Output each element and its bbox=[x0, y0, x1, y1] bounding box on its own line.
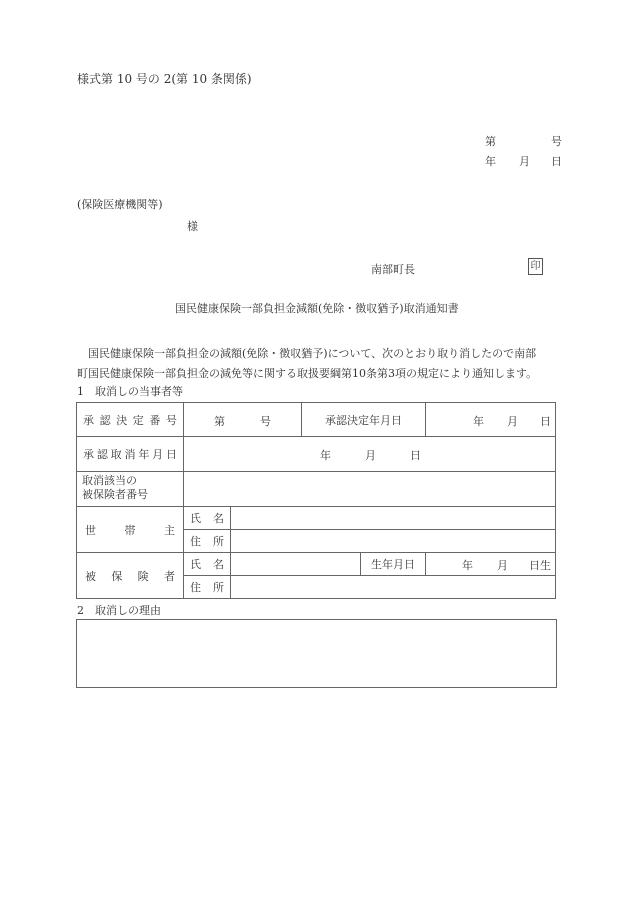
label-char: 認 bbox=[100, 412, 111, 428]
cancel-date-year: 年 bbox=[320, 447, 331, 463]
householder-label: 世 帯 主 bbox=[77, 507, 183, 552]
label-char: 住 bbox=[190, 533, 201, 549]
insured-label: 被 保 険 者 bbox=[77, 553, 183, 598]
cancel-date-label: 承 認 取 消 年 月 日 bbox=[77, 437, 183, 471]
addressee-org: (保険医療機関等) bbox=[77, 196, 163, 212]
label-char: 定 bbox=[133, 412, 144, 428]
insured-name-label: 氏 名 bbox=[184, 553, 230, 575]
approval-number-dai: 第 bbox=[214, 413, 225, 429]
label-char: 氏 bbox=[190, 556, 201, 572]
insured-address-label: 住 所 bbox=[184, 576, 230, 598]
body-line-1: 国民健康保険一部負担金の減額(免除・徴収猶予)について、次のとおり取り消したので… bbox=[77, 344, 567, 364]
body-text: 国民健康保険一部負担金の減額(免除・徴収猶予)について、次のとおり取り消したので… bbox=[77, 344, 567, 384]
cancel-date-month: 月 bbox=[365, 447, 376, 463]
approval-date-label: 承認決定年月日 bbox=[302, 403, 425, 436]
birth-month: 月 bbox=[497, 557, 508, 573]
approval-date-day: 日 bbox=[540, 413, 551, 429]
approval-number-go: 号 bbox=[260, 413, 271, 429]
seal-mark: 印 bbox=[528, 258, 543, 275]
label-char: 険 bbox=[138, 568, 149, 584]
document-number-dai: 第 bbox=[485, 133, 496, 149]
label-char: 所 bbox=[213, 533, 224, 549]
table-rule bbox=[76, 471, 556, 472]
label-char: 決 bbox=[116, 412, 127, 428]
cancellation-reason-box bbox=[76, 619, 557, 688]
approval-date-year: 年 bbox=[473, 413, 484, 429]
label-char: 消 bbox=[124, 446, 135, 462]
cancel-date-day: 日 bbox=[410, 447, 421, 463]
label-char: 番 bbox=[149, 412, 160, 428]
label-char: 取 bbox=[111, 446, 122, 462]
issue-date-year: 年 bbox=[485, 153, 496, 169]
table-rule bbox=[183, 529, 556, 530]
label-char: 主 bbox=[164, 522, 175, 538]
insured-number-label-line1: 取消該当の bbox=[82, 474, 148, 488]
form-number: 様式第 10 号の 2(第 10 条関係) bbox=[77, 70, 252, 87]
issue-date-day: 日 bbox=[551, 153, 562, 169]
birthdate-label: 生年月日 bbox=[361, 553, 425, 575]
label-char: 年 bbox=[138, 446, 149, 462]
label-char: 名 bbox=[213, 510, 224, 526]
label-char: 所 bbox=[213, 579, 224, 595]
birth-day: 日生 bbox=[529, 557, 551, 573]
label-char: 月 bbox=[152, 446, 163, 462]
label-char: 保 bbox=[111, 568, 122, 584]
section-2-heading: 2 取消しの理由 bbox=[77, 602, 161, 618]
label-char: 氏 bbox=[190, 510, 201, 526]
label-char: 日 bbox=[166, 446, 177, 462]
householder-name-label: 氏 名 bbox=[184, 507, 230, 529]
table-col-divider bbox=[230, 506, 231, 598]
table-border-right bbox=[555, 402, 556, 599]
table-col-divider bbox=[425, 402, 426, 436]
label-char: 者 bbox=[164, 568, 175, 584]
section-1-heading: 1 取消しの当事者等 bbox=[77, 383, 183, 399]
label-char: 帯 bbox=[125, 522, 136, 538]
body-line-2: 町国民健康保険一部負担金の減免等に関する取扱要綱第10条第3項の規定により通知し… bbox=[77, 364, 567, 384]
label-char: 号 bbox=[166, 412, 177, 428]
label-char: 認 bbox=[97, 446, 108, 462]
issuer-title: 南部町長 bbox=[371, 261, 415, 277]
table-rule bbox=[183, 575, 556, 576]
addressee-honorific: 様 bbox=[187, 218, 198, 234]
table-border-bottom bbox=[76, 598, 556, 599]
birth-year: 年 bbox=[462, 557, 473, 573]
approval-number-label: 承 認 決 定 番 号 bbox=[77, 403, 183, 436]
insured-number-label-line2: 被保険者番号 bbox=[82, 488, 148, 502]
label-char: 承 bbox=[83, 412, 94, 428]
householder-address-label: 住 所 bbox=[184, 530, 230, 552]
document-number-go: 号 bbox=[551, 133, 562, 149]
approval-date-month: 月 bbox=[507, 413, 518, 429]
label-char: 被 bbox=[85, 568, 96, 584]
issue-date-month: 月 bbox=[519, 153, 530, 169]
insured-number-label: 取消該当の 被保険者番号 bbox=[82, 474, 148, 502]
label-char: 名 bbox=[213, 556, 224, 572]
label-char: 住 bbox=[190, 579, 201, 595]
table-col-divider bbox=[425, 552, 426, 575]
label-char: 世 bbox=[85, 522, 96, 538]
label-char: 承 bbox=[83, 446, 94, 462]
document-title: 国民健康保険一部負担金減額(免除・徴収猶予)取消通知書 bbox=[175, 300, 459, 316]
